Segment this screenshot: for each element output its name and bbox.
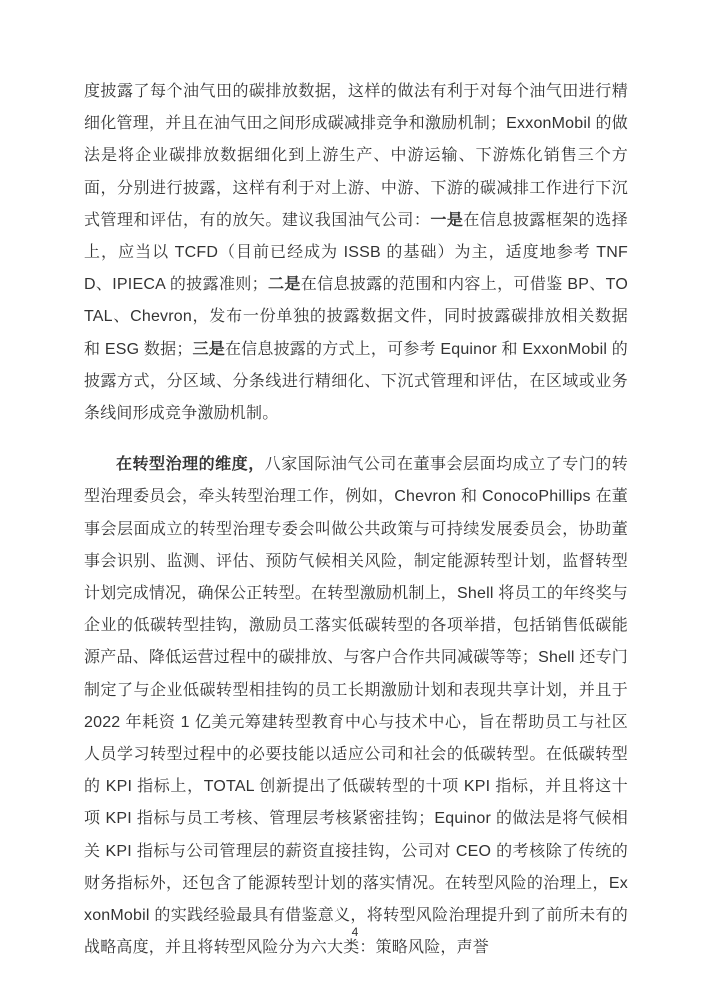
bold-text-run: 二是 [268, 276, 301, 293]
bold-text-run: 一是 [430, 212, 463, 229]
text-run: 度披露了每个油气田的碳排放数据，这样的做法有利于对每个油气田进行精细化管理，并且… [84, 83, 628, 229]
text-run: 八家国际油气公司在董事会层面均成立了专门的转型治理委员会，牵头转型治理工作，例如… [84, 456, 628, 956]
page-text-block: 度披露了每个油气田的碳排放数据，这样的做法有利于对每个油气田进行精细化管理，并且… [84, 76, 628, 964]
paragraph-transition-governance: 在转型治理的维度，八家国际油气公司在董事会层面均成立了专门的转型治理委员会，牵头… [84, 449, 628, 964]
paragraph-disclosure-recommendations: 度披露了每个油气田的碳排放数据，这样的做法有利于对每个油气田进行精细化管理，并且… [84, 76, 628, 430]
document-page: 度披露了每个油气田的碳排放数据，这样的做法有利于对每个油气田进行精细化管理，并且… [0, 0, 710, 1004]
page-number: 4 [0, 924, 710, 940]
bold-text-run: 在转型治理的维度， [116, 456, 265, 473]
bold-text-run: 三是 [193, 341, 225, 358]
